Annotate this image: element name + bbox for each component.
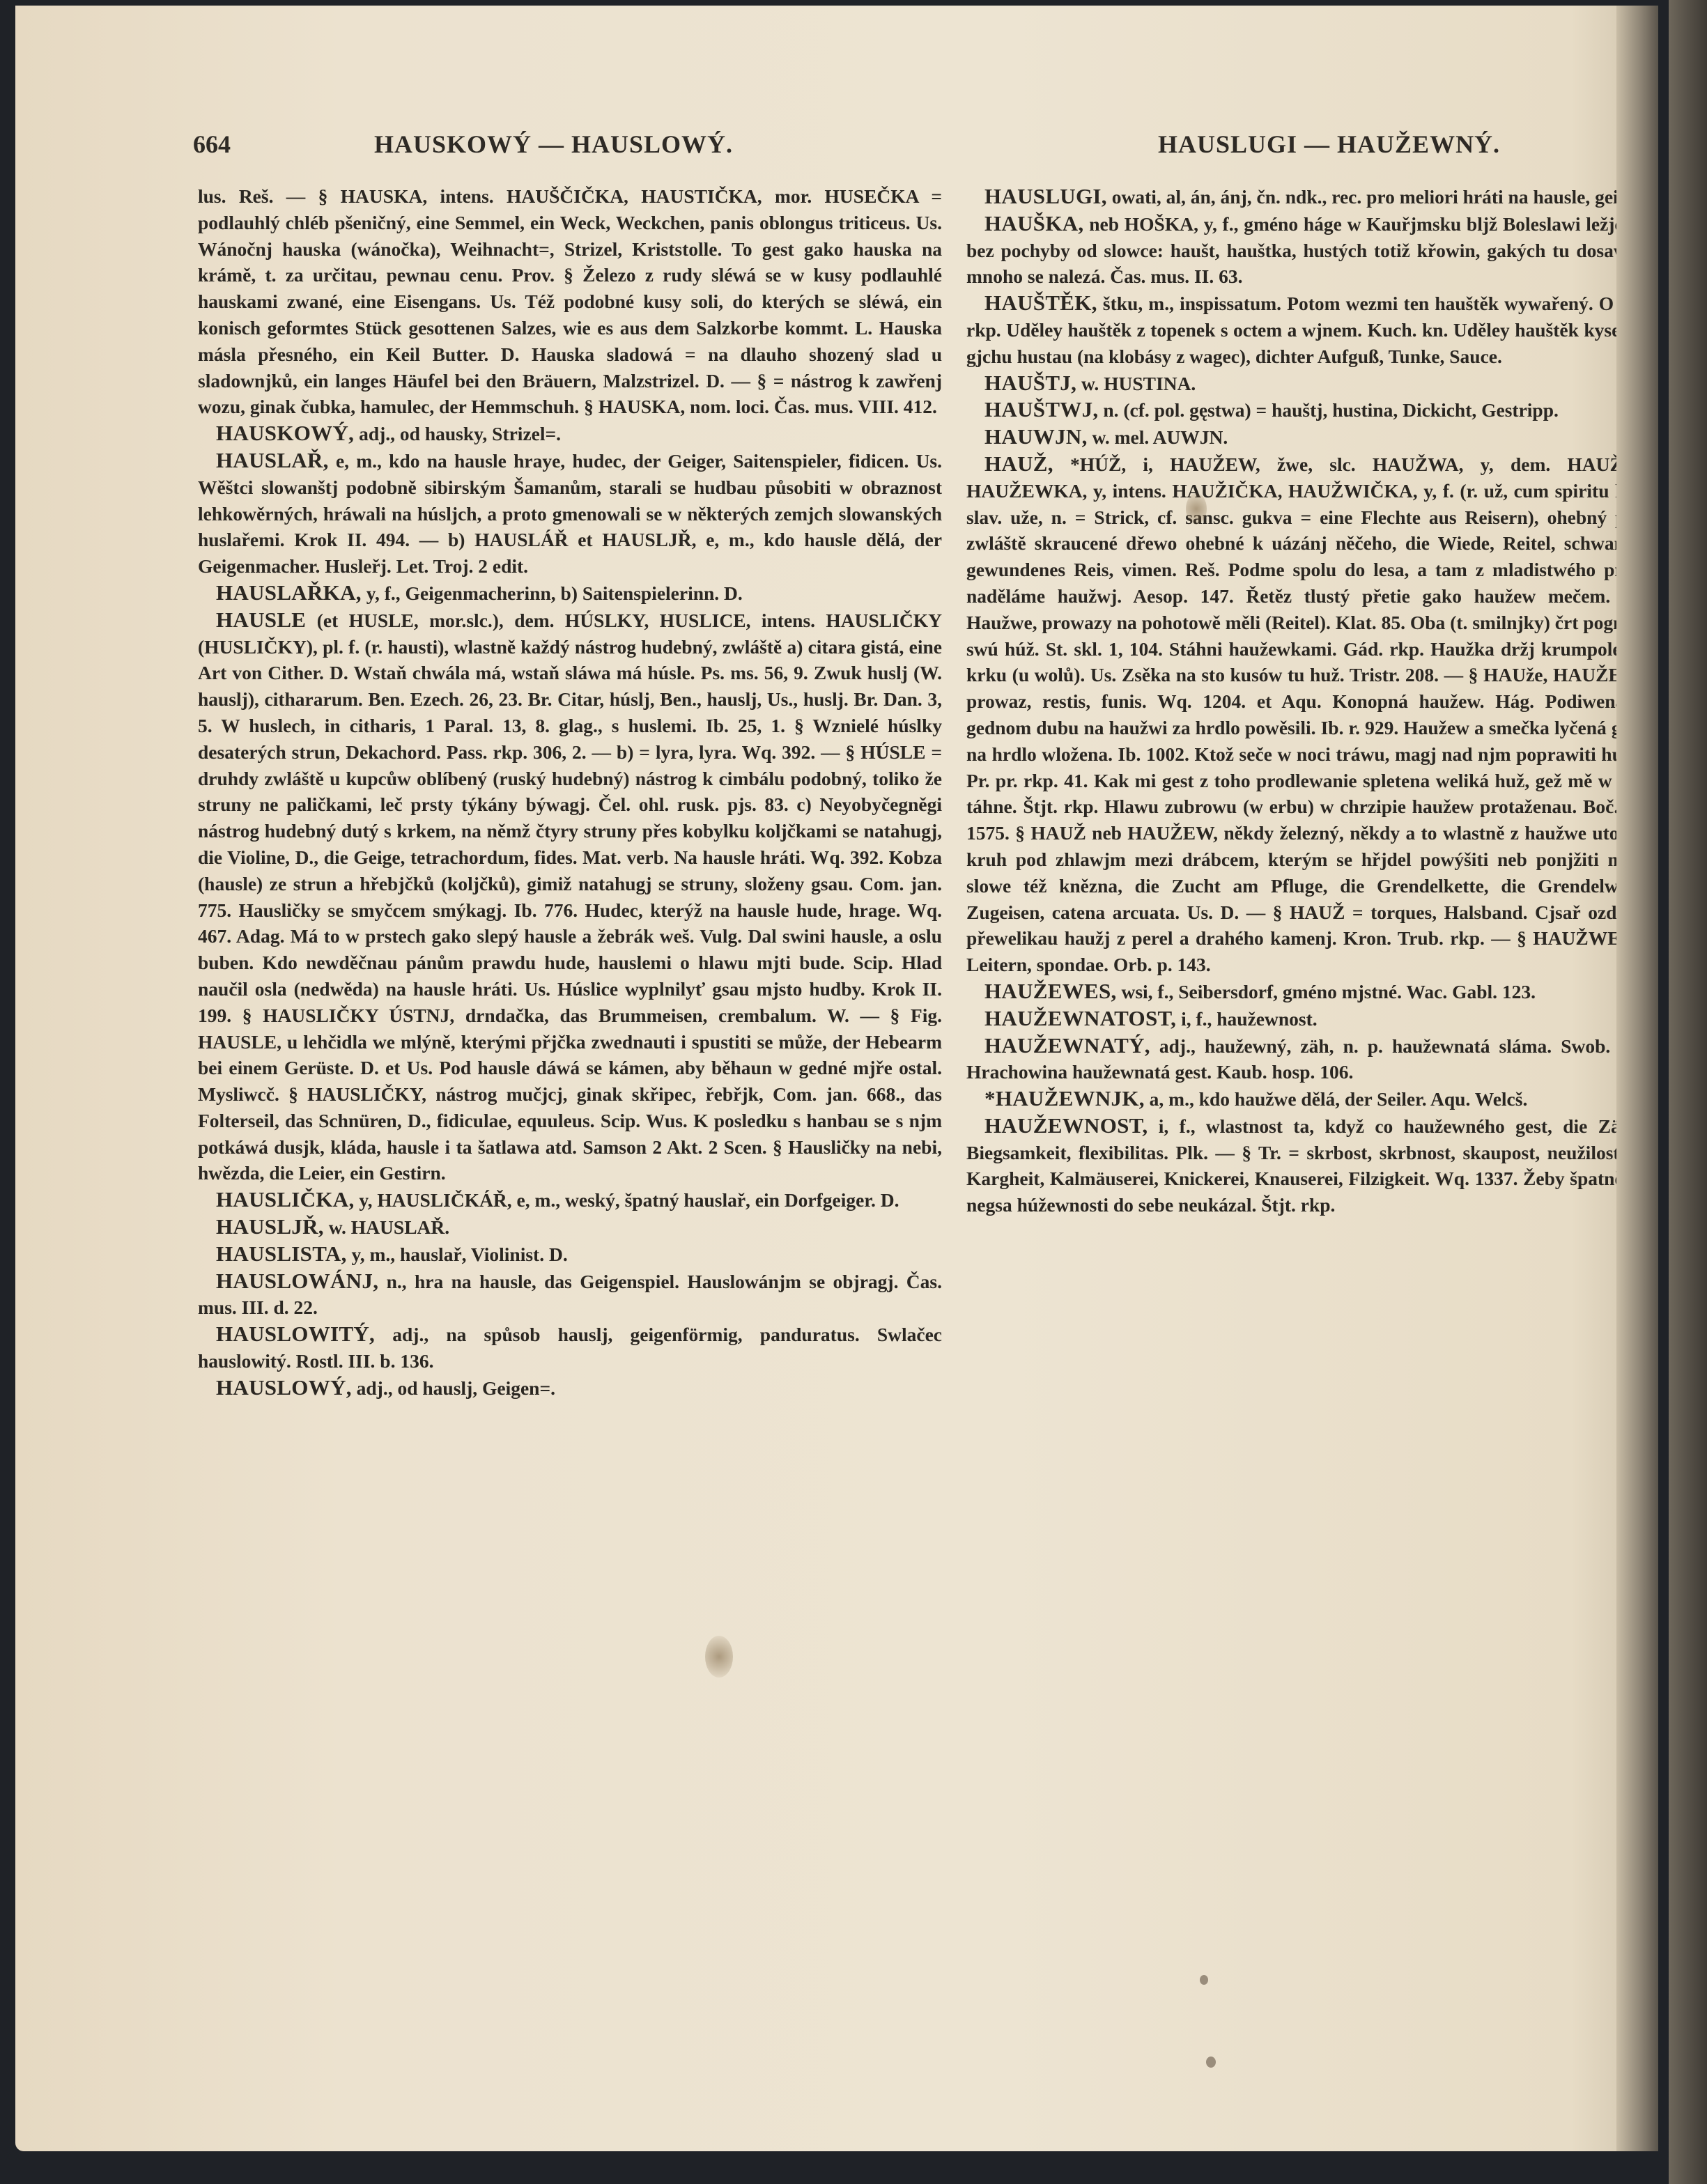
headword: HAUSKOWÝ, [216, 421, 354, 445]
entry-text: lus. Reš. — § HAUSKA, intens. HAUŠČIČKA,… [198, 185, 942, 417]
dictionary-entry: HAUSLUGI, owati, al, án, ánj, čn. ndk., … [966, 183, 1656, 210]
dictionary-entry: lus. Reš. — § HAUSKA, intens. HAUŠČIČKA,… [198, 183, 942, 420]
headword: HAUSLISTA, [216, 1241, 347, 1266]
headword: HAUŠTĚK, [984, 291, 1097, 315]
dictionary-entry: HAUŽEWNATOST, i, f., haužewnost. [966, 1005, 1656, 1032]
entry-text: y, HAUSLIČKÁŘ, e, m., weský, špatný haus… [359, 1189, 899, 1211]
dictionary-entry: HAUSLAŘ, e, m., kdo na hausle hraye, hud… [198, 447, 942, 580]
dictionary-entry: HAUSLOWITÝ, adj., na spůsob hauslj, geig… [198, 1321, 942, 1374]
paper-speck [1200, 1975, 1208, 1985]
headword: HAUŽ, [984, 451, 1053, 476]
headword: HAUSLAŘKA, [216, 580, 362, 605]
entry-text: i, f., haužewnost. [1181, 1008, 1318, 1030]
dictionary-entry: HAUŠTWJ, n. (cf. pol. gęstwa) = hauštj, … [966, 396, 1656, 424]
entry-text: adj., od hausky, Strizel=. [359, 423, 561, 444]
dictionary-entry: HAUŠTĚK, štku, m., inspissatum. Potom we… [966, 290, 1656, 369]
scanned-page: 664 HAUSKOWÝ — HAUSLOWÝ. HAUSLUGI — HAUŽ… [15, 6, 1653, 2151]
dictionary-entry: HAUSLOWÝ, adj., od hauslj, Geigen=. [198, 1374, 942, 1402]
entry-text: wsi, f., Seibersdorf, gméno mjstné. Wac.… [1121, 981, 1536, 1002]
headword: HAUŽEWNOST, [984, 1113, 1148, 1138]
entry-text: y, f., Geigenmacherinn, b) Saitenspieler… [366, 582, 743, 604]
dictionary-entry: *HAUŽEWNJK, a, m., kdo haužwe dělá, der … [966, 1085, 1656, 1113]
entry-text: owati, al, án, ánj, čn. ndk., rec. pro m… [1112, 186, 1652, 208]
headword: HAUSLAŘ, [216, 448, 329, 472]
headword: HAUŽEWNATOST, [984, 1006, 1176, 1030]
dictionary-entry: HAUSLOWÁNJ, n., hra na hausle, das Geige… [198, 1268, 942, 1322]
entry-text: w. HUSTINA. [1081, 373, 1196, 394]
dictionary-entry: HAUSLJŘ, w. HAUSLAŘ. [198, 1214, 942, 1241]
entry-text: adj., od hauslj, Geigen=. [357, 1377, 555, 1399]
dictionary-entry: HAUWJN, w. mel. AUWJN. [966, 424, 1656, 451]
entry-text: *HÚŽ, i, HAUŽEW, žwe, slc. HAUŽWA, y, de… [966, 454, 1656, 975]
paper-stain [705, 1636, 733, 1678]
dictionary-entry: HAUSLISTA, y, m., hauslař, Violinist. D. [198, 1241, 942, 1268]
headword: HAUŽEWNATÝ, [984, 1033, 1150, 1058]
right-column: HAUSLUGI, owati, al, án, ánj, čn. ndk., … [966, 183, 1656, 1218]
entry-text: w. HAUSLAŘ. [329, 1216, 449, 1238]
headword: HAUSLJŘ, [216, 1214, 324, 1239]
dictionary-entry: HAUŽEWNATÝ, adj., haužewný, zäh, n. p. h… [966, 1032, 1656, 1086]
headword: HAUSLE [216, 607, 306, 632]
dictionary-entry: HAUŠTJ, w. HUSTINA. [966, 370, 1656, 397]
entry-text: a, m., kdo haužwe dělá, der Seiler. Aqu.… [1150, 1088, 1528, 1110]
dictionary-entry: HAUSLIČKA, y, HAUSLIČKÁŘ, e, m., weský, … [198, 1186, 942, 1214]
dictionary-entry: HAUŽEWES, wsi, f., Seibersdorf, gméno mj… [966, 978, 1656, 1005]
headword: HAUŠKA, [984, 211, 1083, 235]
paper-stain [1186, 493, 1207, 525]
headword: HAUSLIČKA, [216, 1187, 355, 1211]
dictionary-entry: HAUSKOWÝ, adj., od hausky, Strizel=. [198, 420, 942, 447]
entry-text: n. (cf. pol. gęstwa) = hauštj, hustina, … [1103, 399, 1559, 421]
headword: *HAUŽEWNJK, [984, 1086, 1145, 1110]
entry-text: w. mel. AUWJN. [1092, 426, 1228, 448]
headword: HAUWJN, [984, 424, 1088, 449]
left-column: lus. Reš. — § HAUSKA, intens. HAUŠČIČKA,… [198, 183, 942, 1402]
headword: HAUSLOWITÝ, [216, 1322, 375, 1346]
dictionary-entry: HAUSLAŘKA, y, f., Geigenmacherinn, b) Sa… [198, 580, 942, 607]
running-header-right: HAUSLUGI — HAUŽEWNÝ. [1158, 130, 1500, 159]
dictionary-entry: HAUŽEWNOST, i, f., wlastnost ta, když co… [966, 1113, 1656, 1218]
running-header-left: HAUSKOWÝ — HAUSLOWÝ. [374, 130, 733, 159]
dictionary-entry: HAUŽ, *HÚŽ, i, HAUŽEW, žwe, slc. HAUŽWA,… [966, 451, 1656, 978]
paper-speck [1206, 2057, 1216, 2068]
headword: HAUSLOWÁNJ, [216, 1269, 378, 1293]
entry-text: (et HUSLE, mor.slc.), dem. HÚSLKY, HUSLI… [198, 610, 942, 1184]
headword: HAUŽEWES, [984, 979, 1117, 1003]
book-spine-edge [1669, 0, 1707, 2184]
page-number: 664 [193, 130, 231, 159]
headword: HAUŠTJ, [984, 371, 1076, 395]
headword: HAUSLUGI, [984, 184, 1107, 208]
entry-text: y, m., hauslař, Violinist. D. [352, 1244, 568, 1265]
dictionary-entry: HAUŠKA, neb HOŠKA, y, f., gméno háge w K… [966, 210, 1656, 290]
headword: HAUSLOWÝ, [216, 1375, 352, 1400]
headword: HAUŠTWJ, [984, 397, 1098, 421]
dictionary-entry: HAUSLE (et HUSLE, mor.slc.), dem. HÚSLKY… [198, 607, 942, 1187]
